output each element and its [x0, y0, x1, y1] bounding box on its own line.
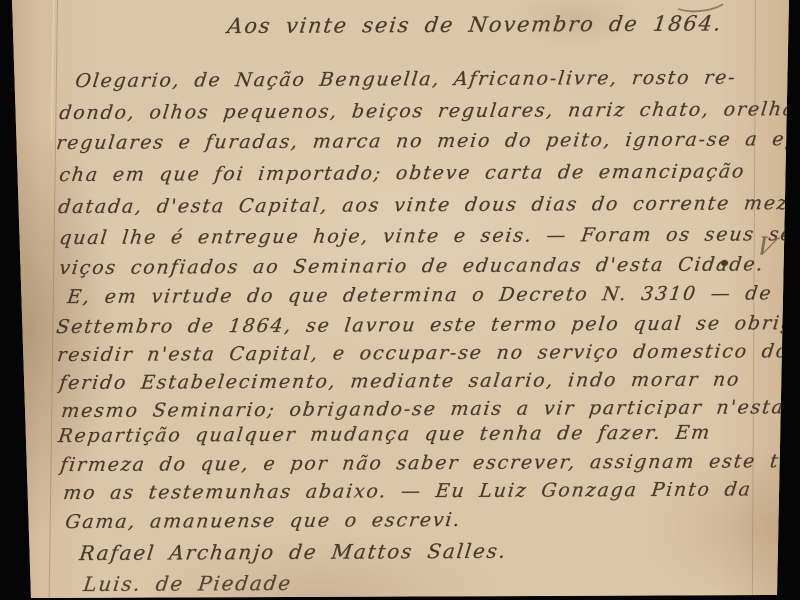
manuscript-line: mo as testemunhas abaixo. — Eu Luiz Gonz…: [62, 478, 753, 504]
signature-line: Rafael Archanjo de Mattos Salles.: [78, 539, 508, 565]
manuscript-line: regulares e furadas, marca no meio do pe…: [55, 128, 800, 154]
paper-sheet: Aos vinte seis de Novembro de 1864. Oleg…: [0, 0, 800, 600]
manuscript-line: mesmo Seminario; obrigando-se mais a vir…: [60, 396, 786, 422]
manuscript-line: cha em que foi importado; obteve carta d…: [58, 160, 746, 186]
manuscript-line: ferido Estabelecimento, mediante salario…: [58, 368, 742, 394]
manuscript-line: viços confiados ao Seminario de educanda…: [58, 253, 766, 279]
manuscript-line: E, em virtude do que determina o Decreto…: [66, 282, 800, 308]
manuscript-line: Repartição qualquer mudança que tenha de…: [57, 422, 712, 447]
manuscript-line: residir n'esta Capital, e occupar-se no …: [56, 340, 800, 366]
ink-blot: [721, 260, 728, 266]
manuscript-line: datada, d'esta Capital, aos vinte dous d…: [57, 192, 800, 218]
date-heading: Aos vinte seis de Novembro de 1864.: [226, 11, 724, 38]
manuscript-line: Settembro de 1864, se lavrou este termo …: [55, 312, 800, 338]
paper-fold-line: [51, 0, 54, 140]
scanned-manuscript-page: Aos vinte seis de Novembro de 1864. Oleg…: [0, 0, 800, 600]
manuscript-line: qual lhe é entregue hoje, vinte e seis. …: [58, 223, 800, 249]
manuscript-line: Gama, amanuense que o escrevi.: [64, 509, 462, 533]
left-margin-rule: [49, 0, 58, 600]
manuscript-line: firmeza do que, e por não saber escrever…: [59, 450, 800, 476]
signature-line: Luis. de Piedade: [82, 571, 293, 596]
manuscript-line: dondo, olhos pequenos, beiços regulares,…: [58, 98, 800, 124]
manuscript-line: Olegario, de Nação Benguella, Africano-l…: [74, 67, 738, 92]
